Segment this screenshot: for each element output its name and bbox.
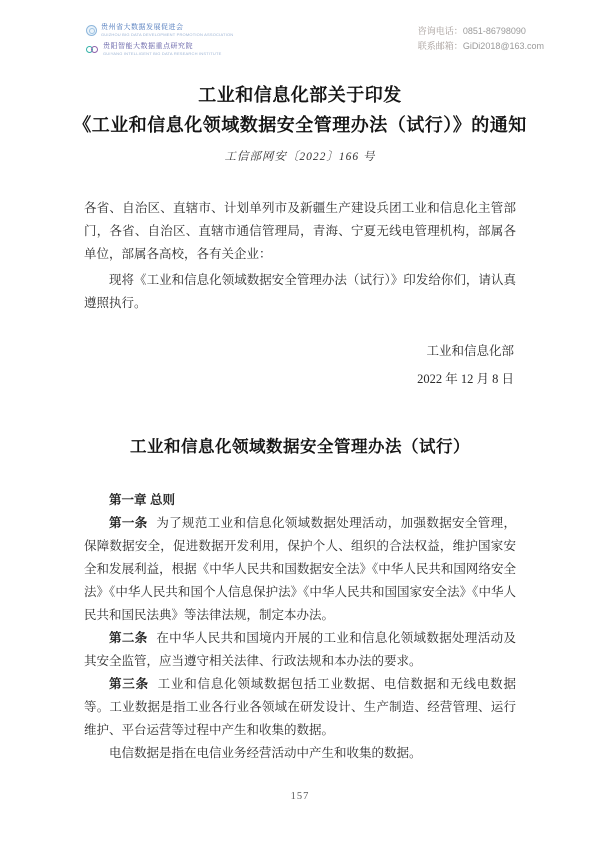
signature-date: 2022 年 12 月 8 日 [84, 365, 514, 393]
article-3-label: 第三条 [109, 677, 149, 691]
contact-phone-row: 咨询电话：0851-86798090 [418, 24, 544, 39]
association-name: 贵州省大数据发展促进会 [101, 24, 233, 32]
notice-title: 工业和信息化部关于印发 《工业和信息化领域数据安全管理办法（试行）》的通知 [0, 80, 600, 140]
organization-logos: 贵州省大数据发展促进会 GUIZHOU BIG DATA DEVELOPMENT… [86, 24, 233, 56]
contact-email-row: 联系邮箱：GiDi2018@163.com [418, 39, 544, 54]
contact-email-label: 联系邮箱： [418, 41, 463, 51]
contact-phone-label: 咨询电话： [418, 26, 463, 36]
chapter-1-heading: 第一章 总则 [84, 489, 516, 512]
article-1: 第一条为了规范工业和信息化领域数据处理活动，加强数据安全管理，保障数据安全，促进… [84, 512, 516, 627]
association-emblem-icon [86, 25, 97, 36]
institute-name-en: GUIYANG INTELLIGENT BIG DATA RESEARCH IN… [103, 51, 221, 56]
institute-emblem-icon [86, 45, 99, 54]
notice-body: 各省、自治区、直辖市、计划单列市及新疆生产建设兵团工业和信息化主管部门，各省、自… [0, 197, 600, 393]
document-number: 工信部网安〔2022〕166 号 [0, 148, 600, 164]
page-header: 贵州省大数据发展促进会 GUIZHOU BIG DATA DEVELOPMENT… [0, 0, 600, 56]
article-2-label: 第二条 [109, 631, 148, 645]
article-1-label: 第一条 [109, 516, 148, 530]
contact-email-value: GiDi2018@163.com [463, 41, 544, 51]
document-page: 贵州省大数据发展促进会 GUIZHOU BIG DATA DEVELOPMENT… [0, 0, 600, 848]
regulation-title: 工业和信息化领域数据安全管理办法（试行） [0, 433, 600, 457]
article-3-subparagraph: 电信数据是指在电信业务经营活动中产生和收集的数据。 [84, 742, 516, 765]
signer-name: 工业和信息化部 [84, 337, 514, 365]
page-number: 157 [0, 791, 600, 802]
logo-institute: 贵阳智能大数据重点研究院 GUIYANG INTELLIGENT BIG DAT… [86, 43, 233, 56]
regulation-body: 第一章 总则 第一条为了规范工业和信息化领域数据处理活动，加强数据安全管理，保障… [0, 489, 600, 765]
article-1-text: 为了规范工业和信息化领域数据处理活动，加强数据安全管理，保障数据安全，促进数据开… [84, 516, 516, 622]
article-3: 第三条工业和信息化领域数据包括工业数据、电信数据和无线电数据等。工业数据是指工业… [84, 673, 516, 742]
logo-association: 贵州省大数据发展促进会 GUIZHOU BIG DATA DEVELOPMENT… [86, 24, 233, 37]
association-name-en: GUIZHOU BIG DATA DEVELOPMENT PROMOTION A… [101, 32, 233, 37]
signature-block: 工业和信息化部 2022 年 12 月 8 日 [84, 337, 516, 393]
notice-title-line1: 工业和信息化部关于印发 [0, 80, 600, 110]
institute-name: 贵阳智能大数据重点研究院 [103, 43, 221, 51]
contact-phone-value: 0851-86798090 [463, 26, 526, 36]
notice-title-line2: 《工业和信息化领域数据安全管理办法（试行）》的通知 [0, 110, 600, 140]
contact-info: 咨询电话：0851-86798090 联系邮箱：GiDi2018@163.com [418, 24, 544, 54]
addressees-paragraph: 各省、自治区、直辖市、计划单列市及新疆生产建设兵团工业和信息化主管部门，各省、自… [84, 197, 516, 266]
article-2-text: 在中华人民共和国境内开展的工业和信息化领域数据处理活动及其安全监管，应当遵守相关… [84, 631, 516, 668]
article-2: 第二条在中华人民共和国境内开展的工业和信息化领域数据处理活动及其安全监管，应当遵… [84, 627, 516, 673]
notice-paragraph: 现将《工业和信息化领域数据安全管理办法（试行）》印发给你们，请认真遵照执行。 [84, 269, 516, 315]
